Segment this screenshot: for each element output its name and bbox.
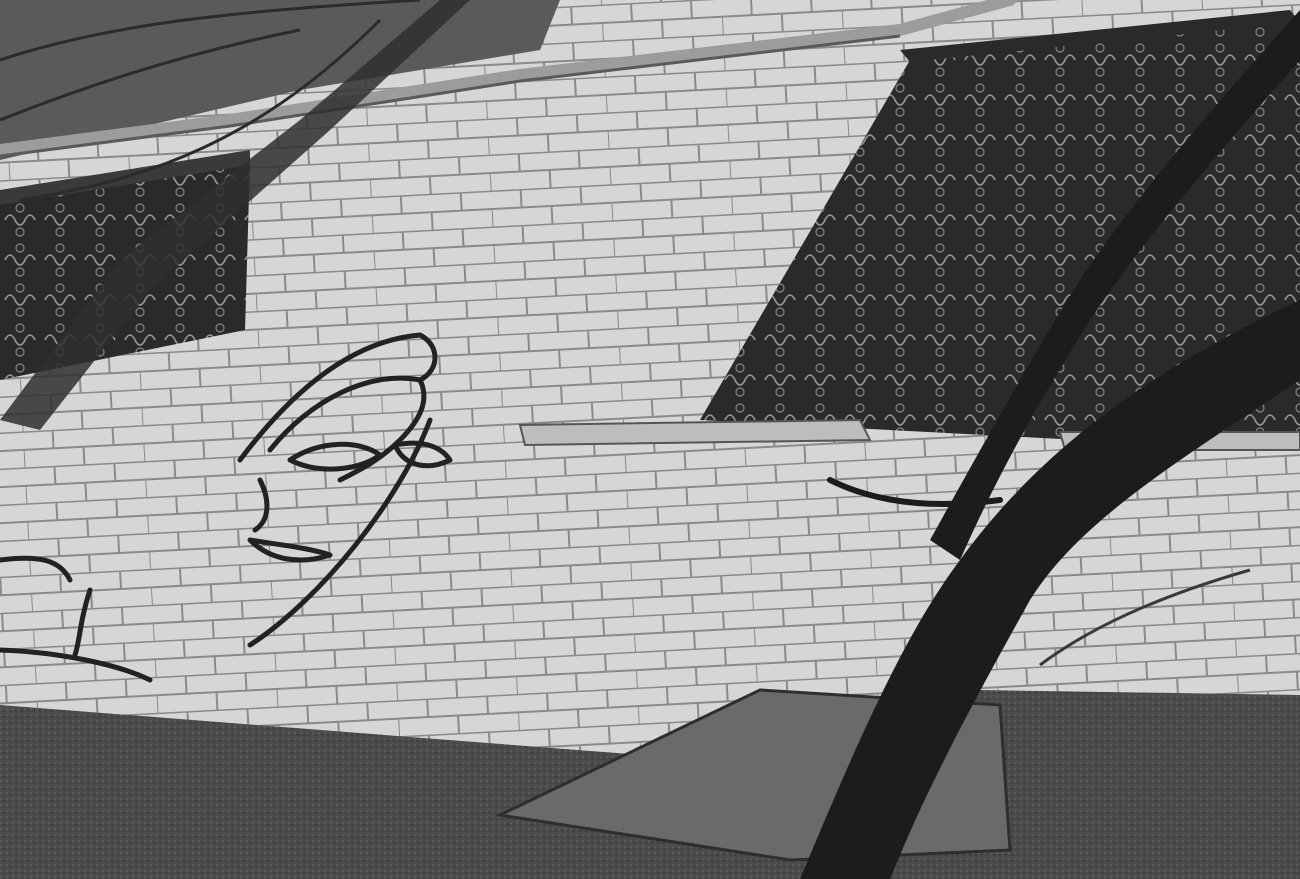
scene <box>0 0 1300 879</box>
window-right-sill <box>520 420 870 445</box>
photograph <box>0 0 1300 879</box>
